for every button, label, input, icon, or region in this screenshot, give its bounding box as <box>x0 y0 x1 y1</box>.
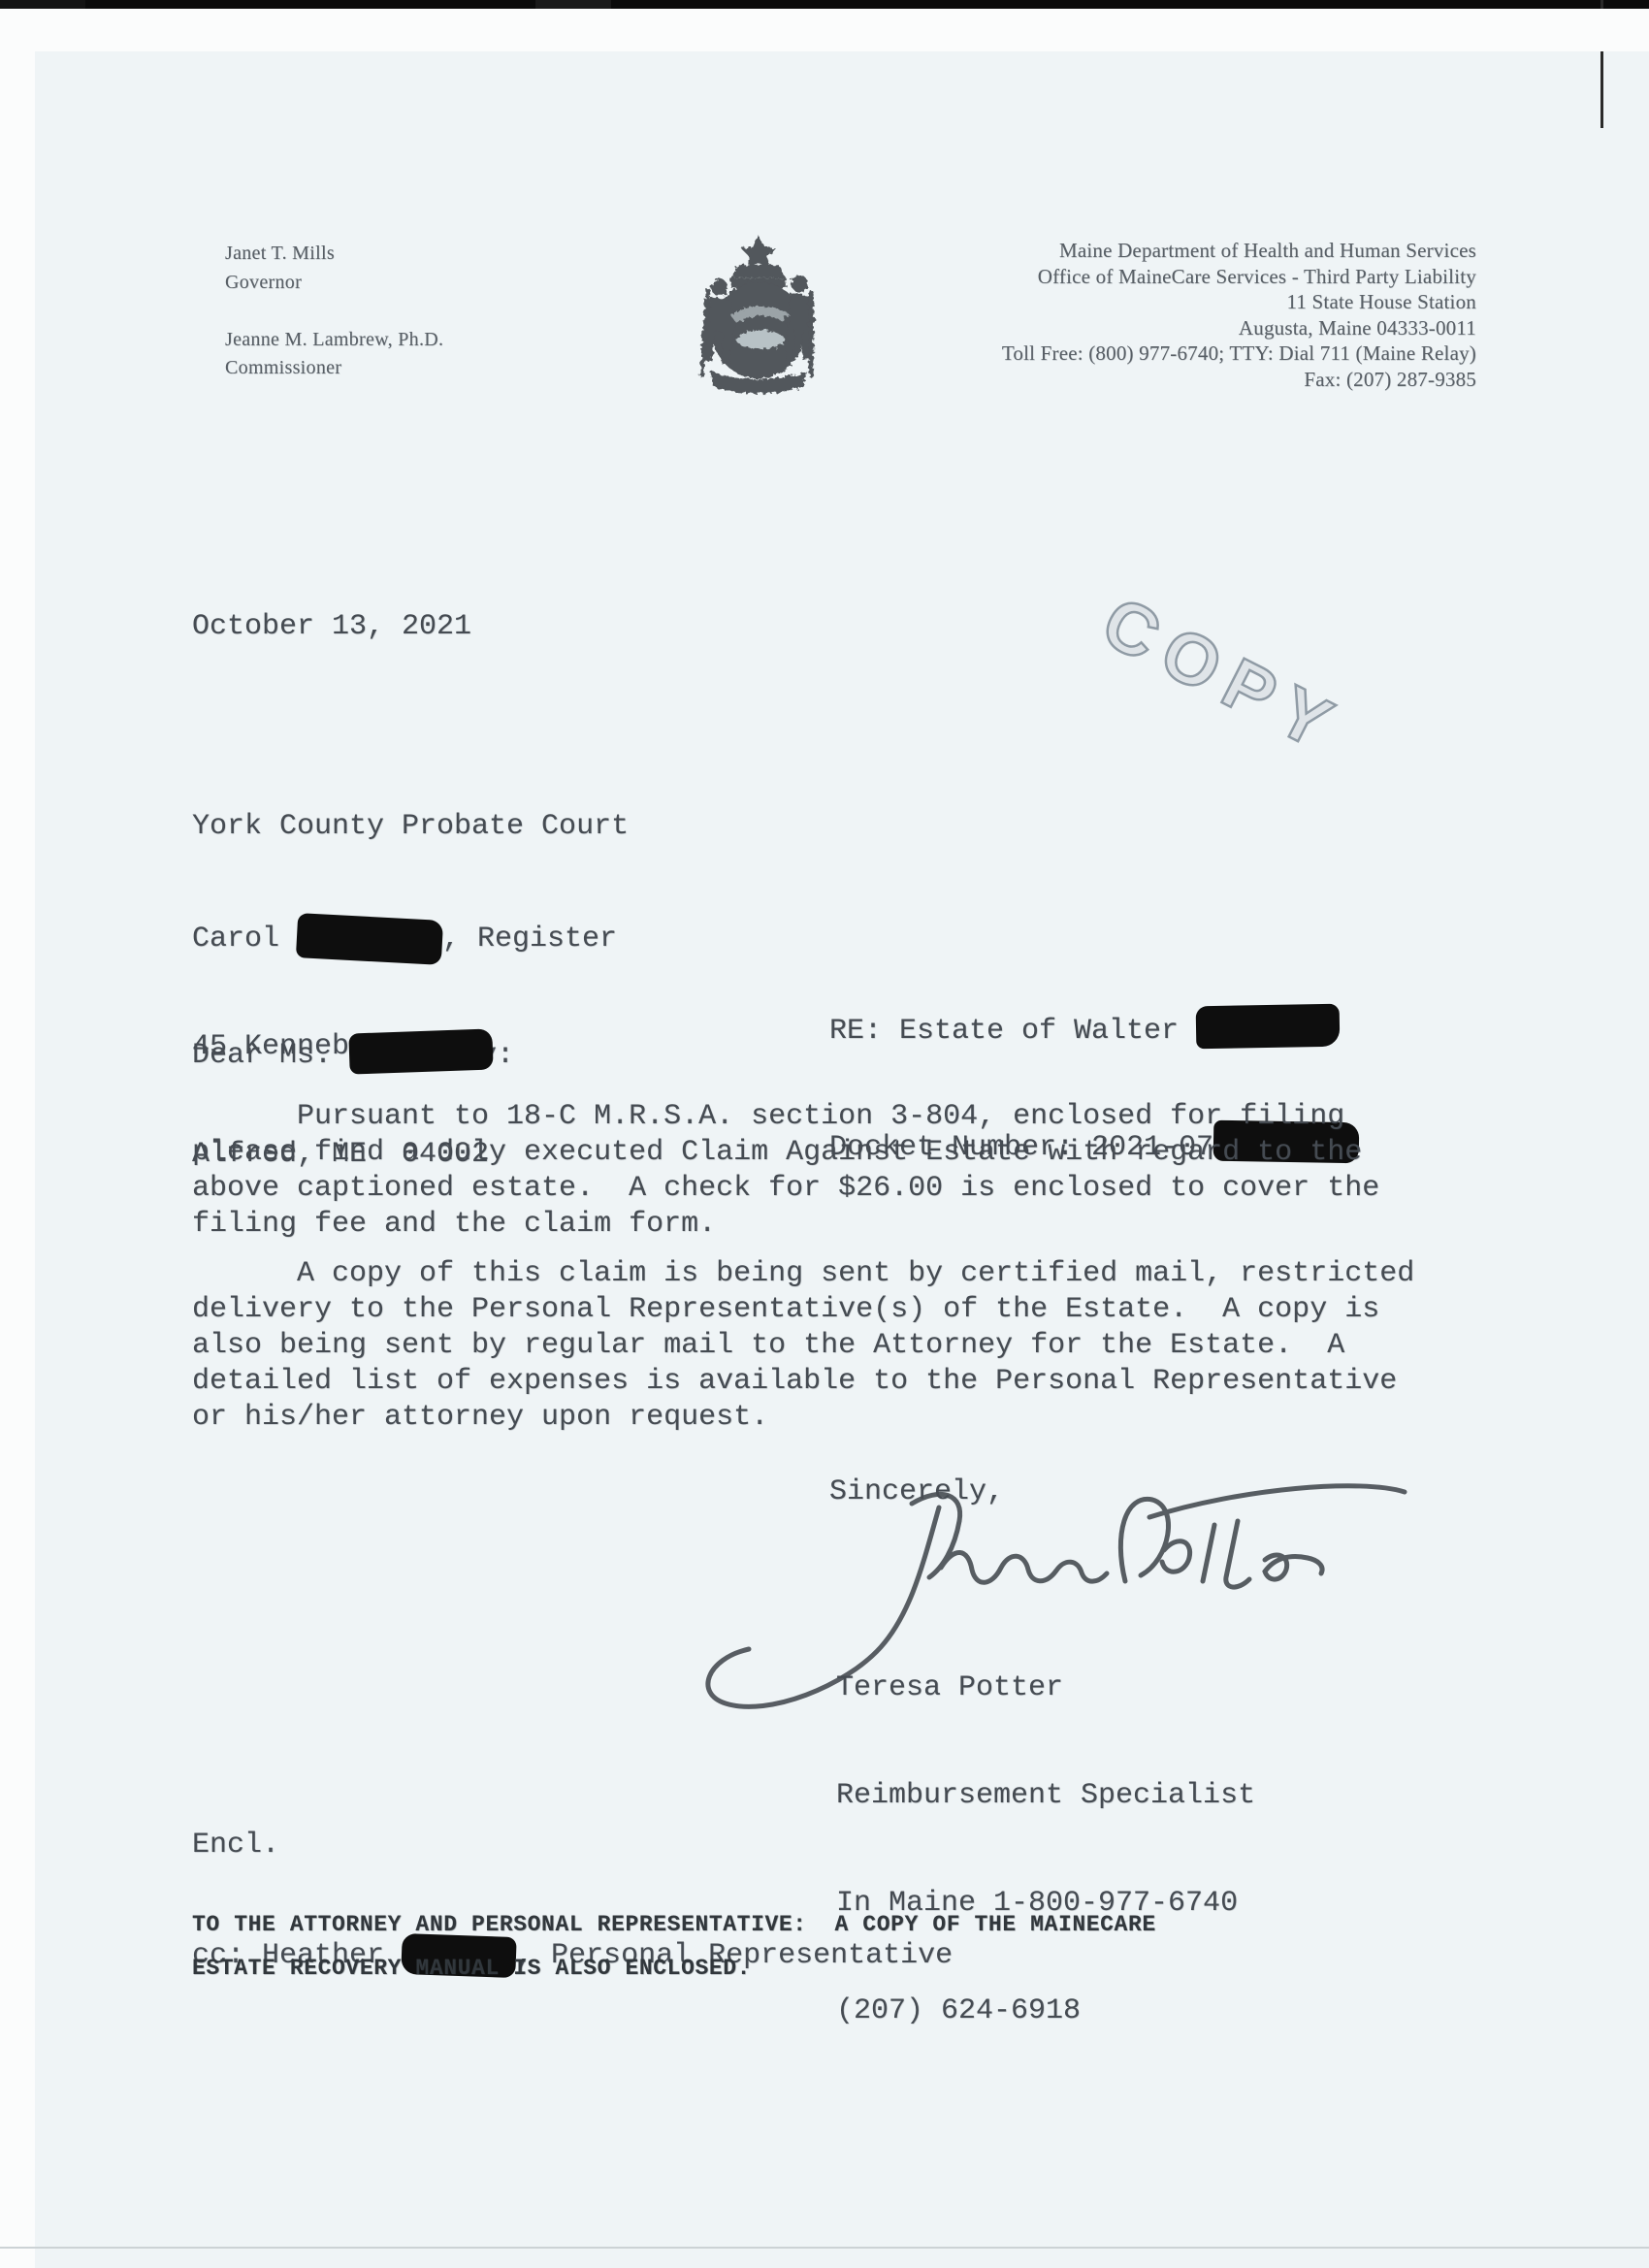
agency-line: Maine Department of Health and Human Ser… <box>795 238 1476 264</box>
commissioner-name: Jeanne M. Lambrew, Ph.D. <box>225 326 443 354</box>
letterhead-agency-block: Maine Department of Health and Human Ser… <box>795 238 1476 392</box>
re-line: RE: Estate of Walter <box>829 1005 1359 1050</box>
letter-date: October 13, 2021 <box>192 609 471 645</box>
scan-artifact-top-band <box>0 0 1649 9</box>
agency-line: 11 State House Station <box>795 289 1476 315</box>
salutation: Dear Ms. y: <box>192 1031 514 1074</box>
letterhead-commissioner: Jeanne M. Lambrew, Ph.D. Commissioner <box>225 326 443 382</box>
signer-name: Teresa Potter <box>836 1670 1255 1706</box>
enclosure-block: Encl. cc: Heather , Personal Representat… <box>192 1756 953 2046</box>
copy-stamp: COPY <box>1089 580 1356 770</box>
recipient-line: York County Probate Court <box>192 809 629 845</box>
redaction-mark <box>348 1028 493 1074</box>
enclosure-line: Encl. <box>192 1828 953 1863</box>
letterhead-governor: Janet T. Mills Governor <box>225 239 335 297</box>
governor-name: Janet T. Mills <box>225 239 335 268</box>
body-paragraph-2: A copy of this claim is being sent by ce… <box>192 1256 1414 1436</box>
footer-notice: TO THE ATTORNEY AND PERSONAL REPRESENTAT… <box>192 1903 1156 1991</box>
recipient-line: Carol , Register <box>192 917 629 957</box>
agency-line: Office of MaineCare Services - Third Par… <box>795 264 1476 290</box>
commissioner-title: Commissioner <box>225 354 443 382</box>
redaction-mark <box>1196 1004 1341 1050</box>
agency-line: Fax: (207) 287-9385 <box>795 367 1476 393</box>
body-paragraph-1: Pursuant to 18-C M.R.S.A. section 3-804,… <box>192 1099 1379 1243</box>
agency-line: Augusta, Maine 04333-0011 <box>795 315 1476 341</box>
scan-margin-left <box>0 9 35 2268</box>
redaction-mark <box>296 913 443 965</box>
scanned-letter-page: Janet T. Mills Governor Jeanne M. Lambre… <box>0 0 1649 2268</box>
scan-margin-top <box>0 9 1649 51</box>
agency-line: Toll Free: (800) 977-6740; TTY: Dial 711… <box>795 340 1476 367</box>
governor-title: Governor <box>225 268 335 297</box>
scan-artifact-bottom-line <box>0 2247 1649 2249</box>
